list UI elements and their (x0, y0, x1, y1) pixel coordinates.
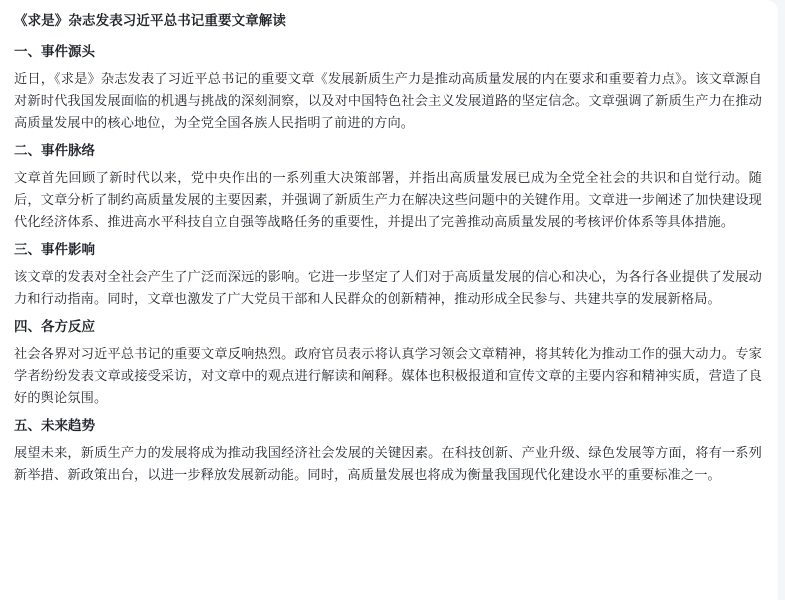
article-card: 《求是》杂志发表习近平总书记重要文章解读 一、事件源头 近日，《求是》杂志发表了… (0, 0, 778, 556)
section-heading: 五、未来趋势 (14, 416, 778, 436)
section-body: 近日，《求是》杂志发表了习近平总书记的重要文章《发展新质生产力是推动高质量发展的… (14, 69, 762, 135)
section-source: 一、事件源头 近日，《求是》杂志发表了习近平总书记的重要文章《发展新质生产力是推… (14, 42, 778, 135)
section-heading: 三、事件影响 (14, 240, 778, 260)
section-future-trends: 五、未来趋势 展望未来，新质生产力的发展将成为推动我国经济社会发展的关键因素。在… (14, 416, 778, 487)
section-body: 展望未来，新质生产力的发展将成为推动我国经济社会发展的关键因素。在科技创新、产业… (14, 443, 762, 487)
section-heading: 二、事件脉络 (14, 141, 778, 161)
section-context: 二、事件脉络 文章首先回顾了新时代以来，党中央作出的一系列重大决策部署，并指出高… (14, 141, 778, 234)
section-body: 文章首先回顾了新时代以来，党中央作出的一系列重大决策部署，并指出高质量发展已成为… (14, 168, 762, 234)
section-heading: 四、各方反应 (14, 317, 778, 337)
section-heading: 一、事件源头 (14, 42, 778, 62)
article-title: 《求是》杂志发表习近平总书记重要文章解读 (14, 11, 778, 31)
section-body: 社会各界对习近平总书记的重要文章反响热烈。政府官员表示将认真学习领会文章精神，将… (14, 344, 762, 410)
section-reactions: 四、各方反应 社会各界对习近平总书记的重要文章反响热烈。政府官员表示将认真学习领… (14, 317, 778, 410)
section-body: 该文章的发表对全社会产生了广泛而深远的影响。它进一步坚定了人们对于高质量发展的信… (14, 267, 762, 311)
section-impact: 三、事件影响 该文章的发表对全社会产生了广泛而深远的影响。它进一步坚定了人们对于… (14, 240, 778, 311)
